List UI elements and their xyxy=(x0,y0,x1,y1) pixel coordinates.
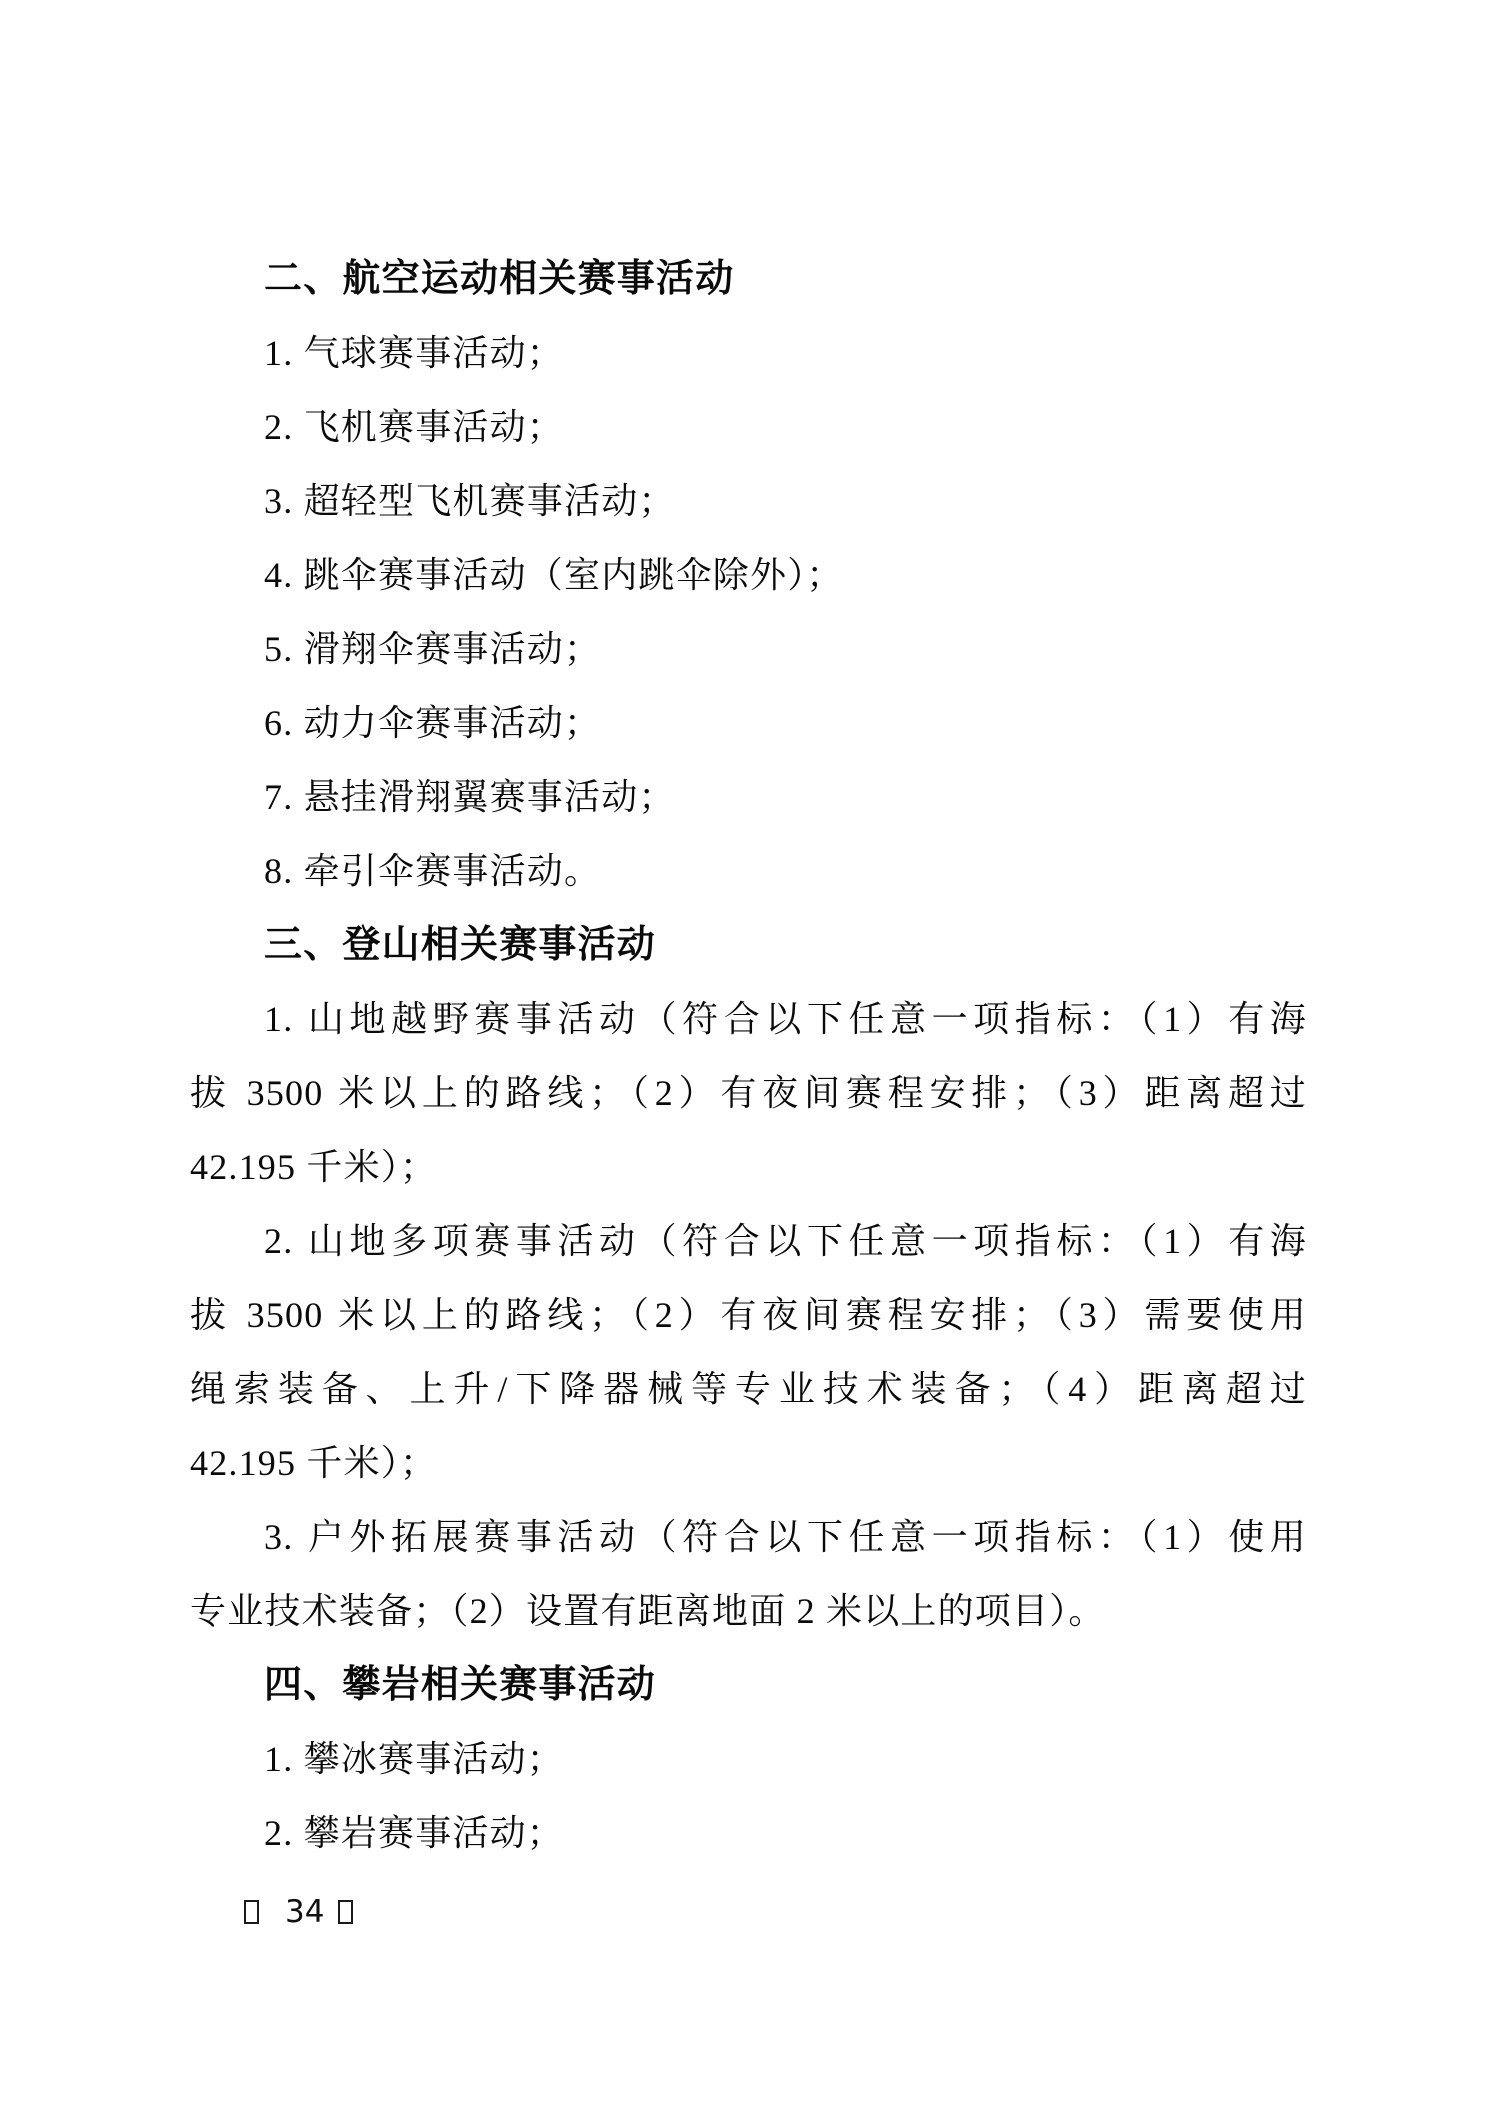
paragraph-line: 1. 山地越野赛事活动（符合以下任意一项指标：（1）有海 xyxy=(190,982,1307,1056)
list-item: 5. 滑翔伞赛事活动； xyxy=(190,612,1307,686)
list-item: 1. 气球赛事活动； xyxy=(190,316,1307,390)
section-heading-climbing: 四、攀岩相关赛事活动 xyxy=(190,1648,1307,1722)
list-item: 7. 悬挂滑翔翼赛事活动； xyxy=(190,760,1307,834)
list-item: 6. 动力伞赛事活动； xyxy=(190,686,1307,760)
list-item: 2. 攀岩赛事活动； xyxy=(190,1796,1307,1870)
document-page: 二、航空运动相关赛事活动 1. 气球赛事活动； 2. 飞机赛事活动； 3. 超轻… xyxy=(0,0,1487,2105)
missing-glyph-box-icon xyxy=(244,1900,259,1924)
paragraph-line: 拔 3500 米以上的路线；（2）有夜间赛程安排；（3）距离超过 xyxy=(190,1056,1307,1130)
paragraph-line: 3. 户外拓展赛事活动（符合以下任意一项指标：（1）使用 xyxy=(190,1500,1307,1574)
list-item: 1. 攀冰赛事活动； xyxy=(190,1722,1307,1796)
paragraph-line: 绳索装备、上升/下降器械等专业技术装备；（4）距离超过 xyxy=(190,1352,1307,1426)
paragraph-line: 2. 山地多项赛事活动（符合以下任意一项指标：（1）有海 xyxy=(190,1204,1307,1278)
section-heading-mountaineering: 三、登山相关赛事活动 xyxy=(190,908,1307,982)
paragraph-line: 拔 3500 米以上的路线；（2）有夜间赛程安排；（3）需要使用 xyxy=(190,1278,1307,1352)
missing-glyph-box-icon xyxy=(338,1900,353,1924)
paragraph-line: 专业技术装备；（2）设置有距离地面 2 米以上的项目）。 xyxy=(190,1574,1307,1648)
paragraph-line: 42.195 千米）； xyxy=(190,1130,1307,1204)
list-item: 4. 跳伞赛事活动（室内跳伞除外）； xyxy=(190,538,1307,612)
document-body: 二、航空运动相关赛事活动 1. 气球赛事活动； 2. 飞机赛事活动； 3. 超轻… xyxy=(190,242,1307,1870)
section-heading-aviation: 二、航空运动相关赛事活动 xyxy=(190,242,1307,316)
list-item: 2. 飞机赛事活动； xyxy=(190,390,1307,464)
list-item: 8. 牵引伞赛事活动。 xyxy=(190,834,1307,908)
page-footer: 34 xyxy=(244,1896,353,1928)
list-item: 3. 超轻型飞机赛事活动； xyxy=(190,464,1307,538)
paragraph-line: 42.195 千米）； xyxy=(190,1426,1307,1500)
page-number: 34 xyxy=(285,1896,324,1928)
